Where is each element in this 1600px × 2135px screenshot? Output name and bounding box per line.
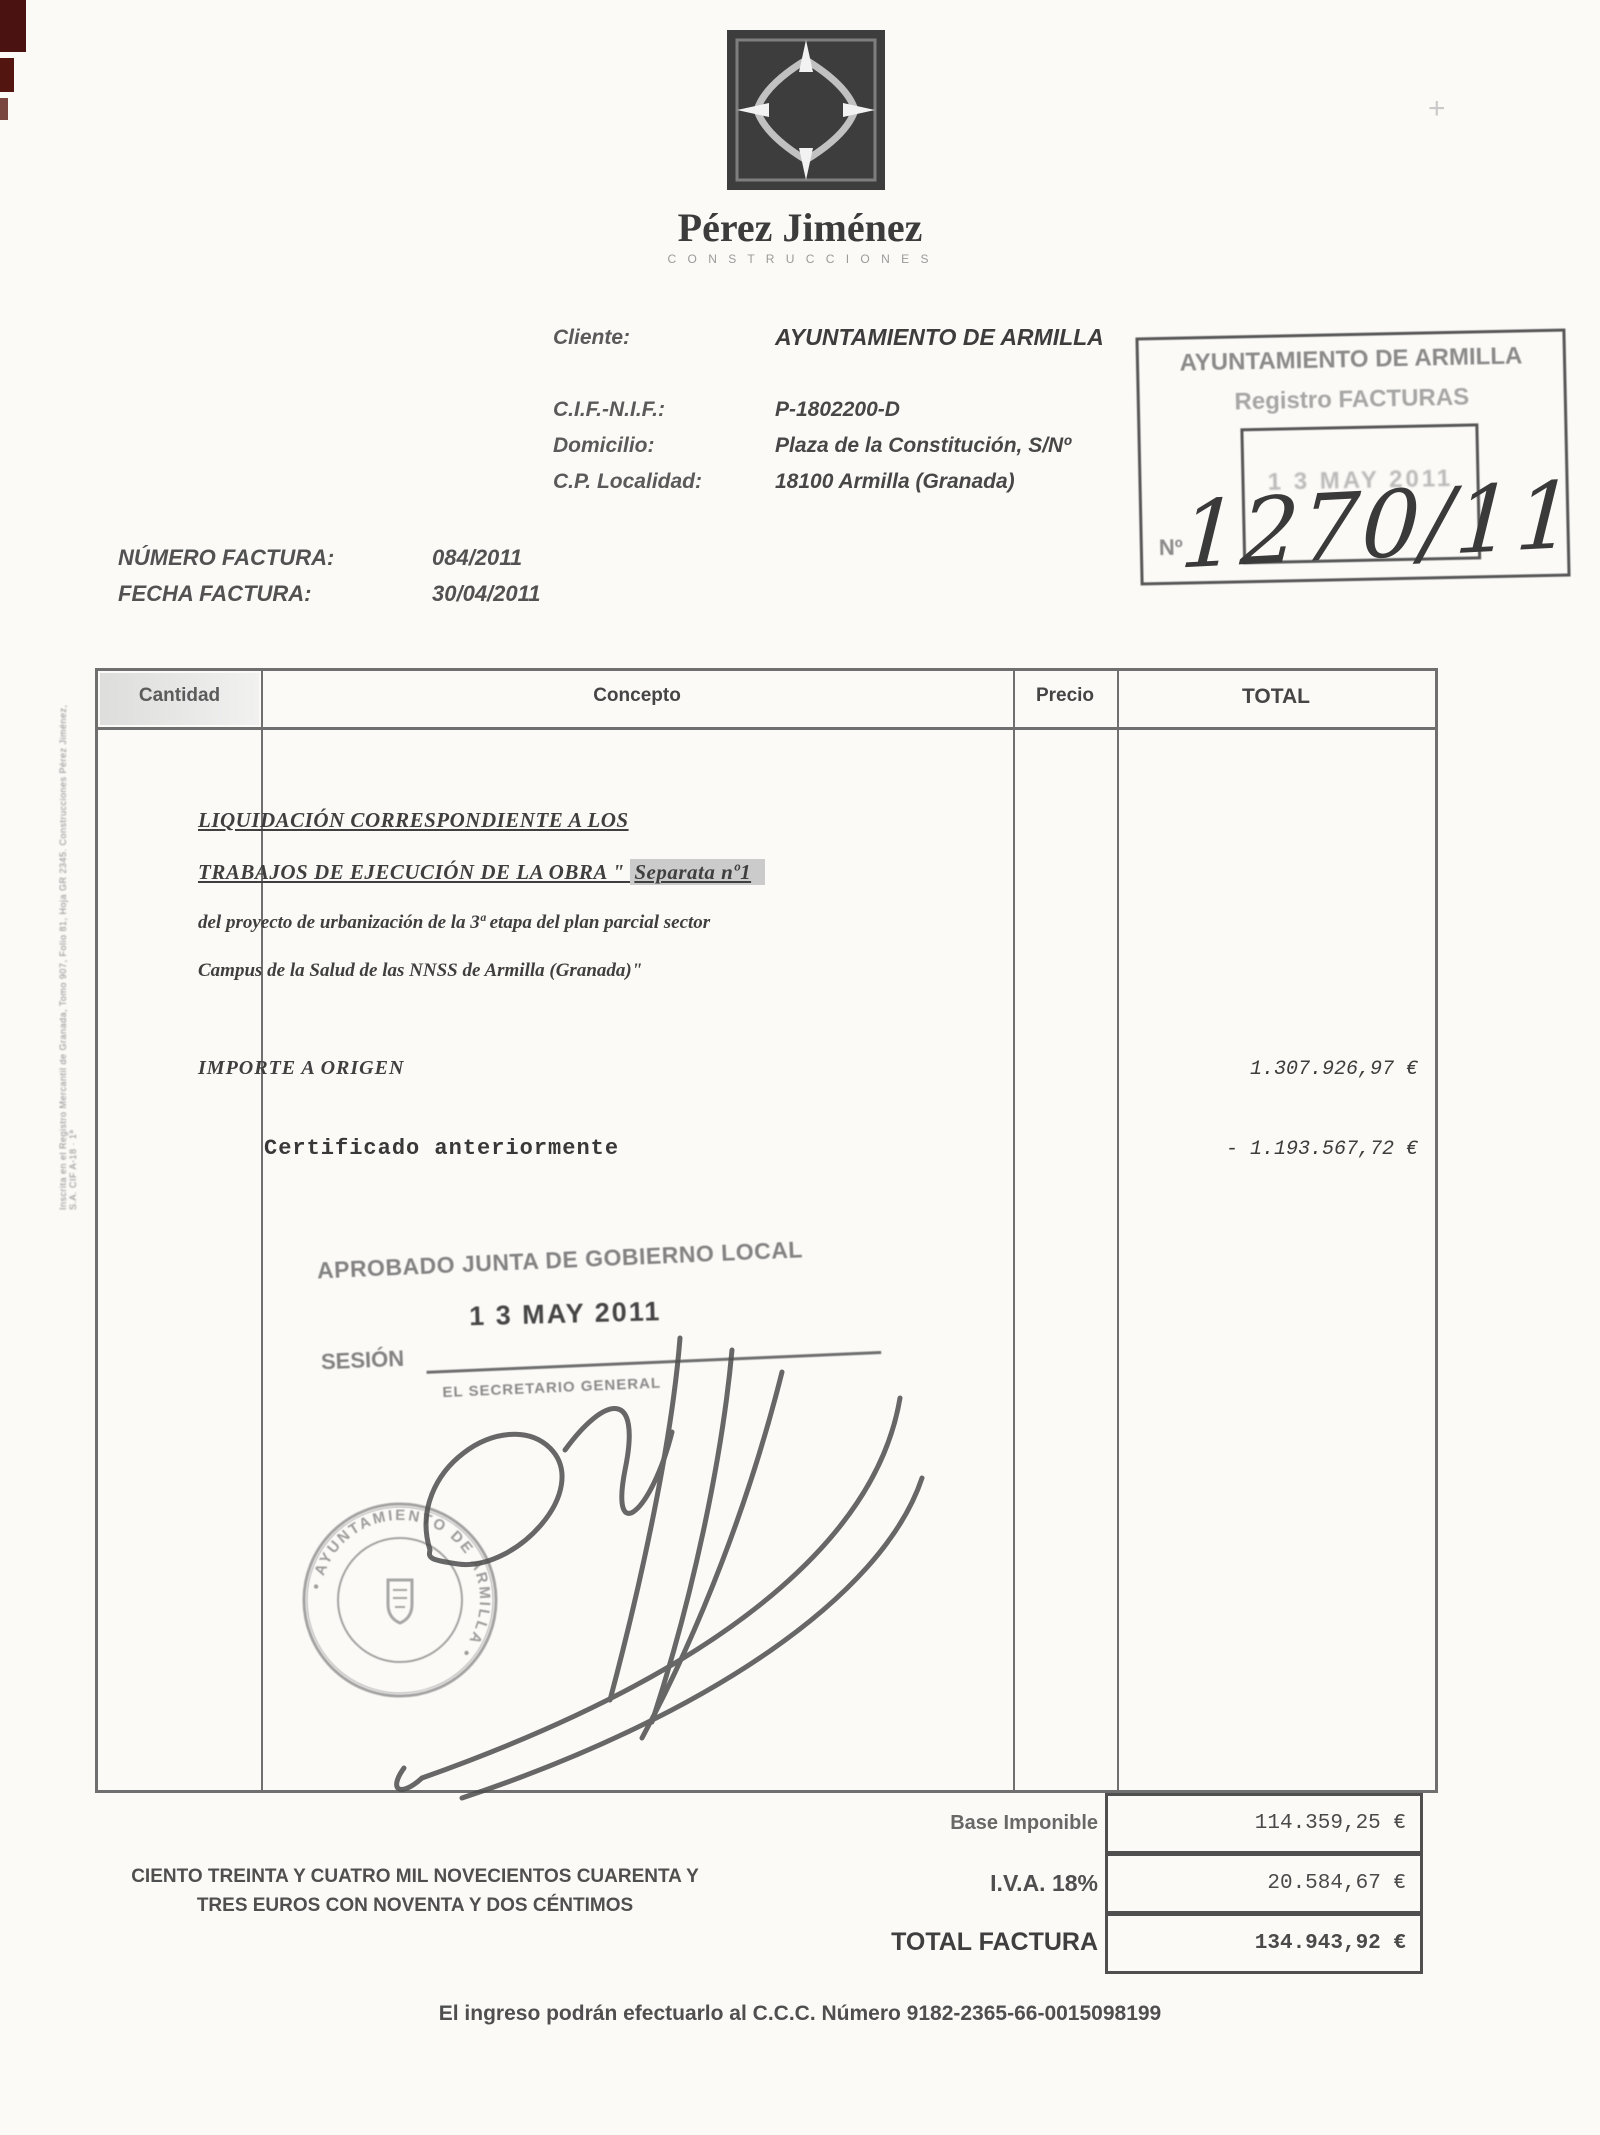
registry-stamp-subtitle: Registro FACTURAS xyxy=(1140,382,1564,419)
company-logo-icon xyxy=(727,30,885,190)
registry-number-handwritten: 1270/11 xyxy=(1177,461,1578,589)
totals-value-base: 114.359,25 € xyxy=(1108,1796,1420,1851)
totals-box-base: 114.359,25 € xyxy=(1105,1793,1423,1854)
registry-side-text: Inscrita en el Registro Mercantil de Gra… xyxy=(58,690,78,1210)
totals-box-iva: 20.584,67 € xyxy=(1105,1853,1423,1914)
totals-value-iva: 20.584,67 € xyxy=(1108,1856,1420,1911)
column-divider xyxy=(1117,671,1119,1790)
client-name: AYUNTAMIENTO DE ARMILLA xyxy=(775,324,1104,351)
table-header-total: TOTAL xyxy=(1117,685,1435,709)
totals-label-base: Base Imponible xyxy=(798,1812,1098,1835)
payment-footer: El ingreso podrán efectuarlo al C.C.C. N… xyxy=(200,2002,1400,2026)
scan-mark xyxy=(0,0,26,52)
importe-origen-value: 1.307.926,97 € xyxy=(1128,1058,1418,1081)
concept-line-2: TRABAJOS DE EJECUCIÓN DE LA OBRA " Separ… xyxy=(198,860,765,885)
scan-mark xyxy=(0,58,14,92)
company-name: Pérez Jiménez xyxy=(650,204,950,251)
client-label-cliente: Cliente: xyxy=(553,326,630,350)
table-header-precio: Precio xyxy=(1013,685,1117,707)
amount-in-words: CIENTO TREINTA Y CUATRO MIL NOVECIENTOS … xyxy=(115,1862,715,1921)
header-divider xyxy=(98,727,1435,730)
client-cp: 18100 Armilla (Granada) xyxy=(775,470,1015,494)
concept-line-2-text: TRABAJOS DE EJECUCIÓN DE LA OBRA " xyxy=(198,860,630,884)
concept-highlight: Separata nº1 xyxy=(630,859,765,885)
table-header-cantidad: Cantidad xyxy=(98,685,261,707)
client-label-domicilio: Domicilio: xyxy=(553,434,655,458)
concept-line-3: del proyecto de urbanización de la 3ª et… xyxy=(198,912,710,934)
scan-mark xyxy=(0,98,8,120)
concept-line-1: LIQUIDACIÓN CORRESPONDIENTE A LOS xyxy=(198,808,629,833)
signature xyxy=(280,1280,1000,1820)
totals-value-total: 134.943,92 € xyxy=(1108,1916,1420,1971)
invoice-number-value: 084/2011 xyxy=(432,545,522,571)
registry-stamp-title: AYUNTAMIENTO DE ARMILLA xyxy=(1139,342,1563,379)
client-cif: P-1802200-D xyxy=(775,398,900,422)
totals-box-total: 134.943,92 € xyxy=(1105,1913,1423,1974)
table-header-concepto: Concepto xyxy=(261,685,1013,707)
client-domicilio: Plaza de la Constitución, S/Nº xyxy=(775,434,1071,458)
totals-label-total: TOTAL FACTURA xyxy=(798,1928,1098,1957)
certificado-value: - 1.193.567,72 € xyxy=(1108,1138,1418,1161)
importe-origen-label: IMPORTE A ORIGEN xyxy=(198,1057,404,1080)
totals-label-iva: I.V.A. 18% xyxy=(798,1870,1098,1897)
company-subtitle: C O N S T R U C C I O N E S xyxy=(650,252,950,266)
client-label-cp: C.P. Localidad: xyxy=(553,470,702,494)
column-divider xyxy=(261,671,263,1790)
invoice-date-value: 30/04/2011 xyxy=(432,581,540,607)
plus-mark: + xyxy=(1428,92,1446,126)
concept-line-4: Campus de la Salud de las NNSS de Armill… xyxy=(198,960,642,982)
invoice-number-label: NÚMERO FACTURA: xyxy=(118,545,334,571)
client-label-cif: C.I.F.-N.I.F.: xyxy=(553,398,665,422)
invoice-document: + Pérez Jiménez C O N S T R U C C I O N … xyxy=(0,0,1600,2135)
invoice-date-label: FECHA FACTURA: xyxy=(118,581,312,607)
certificado-label: Certificado anteriormente xyxy=(264,1136,619,1161)
column-divider xyxy=(1013,671,1015,1790)
